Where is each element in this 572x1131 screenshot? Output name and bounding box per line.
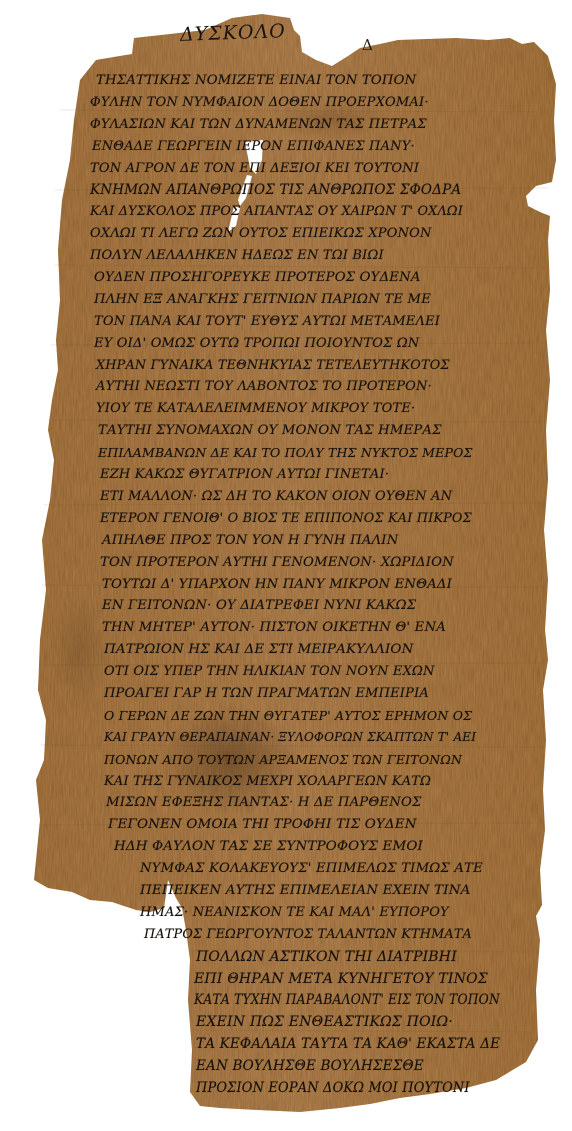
text-line: ΕΥ ΟΙΔ' ΟΜΩΣ ΟΥΤΩ ΤΡΟΠΩΙ ΠΟΙΟΥΝΤΟΣ ΩΝ [94,336,419,351]
text-line: ΥΙΟΥ ΤΕ ΚΑΤΑΛΕΛΕΙΜΜΕΝΟΥ ΜΙΚΡΟΥ ΤΟΤΕ· [96,401,415,416]
text-line: ΟΤΙ ΟΙΣ ΥΠΕΡ ΤΗΝ ΗΛΙΚΙΑΝ ΤΟΝ ΝΟΥΝ ΕΧΩΝ [104,664,435,679]
text-line: ΠΟΝΩΝ ΑΠΟ ΤΟΥΤΩΝ ΑΡΞΑΜΕΝΟΣ ΤΩΝ ΓΕΙΤΟΝΩΝ [104,752,462,767]
text-line: ΕΝΘΑΔΕ ΓΕΩΡΓΕΙΝ ΙΕΡΟΝ ΕΠΙΦΑΝΕΣ ΠΑΝΥ· [92,139,415,154]
papyrus-fragment: ΔΥΣΚΟΛΟ Δ ΤΗΣΑΤΤΙΚΗΣ ΝΟΜΙΖΕΤΕ ΕΙΝΑΙ ΤΟΝ … [0,0,572,1131]
text-line: ΚΑΙ ΔΥΣΚΟΛΟΣ ΠΡΟΣ ΑΠΑΝΤΑΣ ΟΥ ΧΑΙΡΩΝ Τ' Ο… [90,204,463,219]
text-line: ΧΗΡΑΝ ΓΥΝΑΙΚΑ ΤΕΘΝΗΚΥΙΑΣ ΤΕΤΕΛΕΥΤΗΚΟΤΟΣ [96,358,450,373]
text-line: ΝΥΜΦΑΣ ΚΟΛΑΚΕΥΟΥΣ' ΕΠΙΜΕΛΩΣ ΤΙΜΩΣ ΑΤΕ [140,861,483,876]
text-line: ΤΟΥΤΩΙ Δ' ΥΠΑΡΧΟΝ ΗΝ ΠΑΝΥ ΜΙΚΡΟΝ ΕΝΘΑΔΙ [102,577,452,592]
text-line: ΦΥΛΑΣΙΩΝ ΚΑΙ ΤΩΝ ΔΥΝΑΜΕΝΩΝ ΤΑΣ ΠΕΤΡΑΣ [90,117,427,132]
text-line: ΗΜΑΣ· ΝΕΑΝΙΣΚΟΝ ΤΕ ΚΑΙ ΜΑΛ' ΕΥΠΟΡΟΥ [140,905,449,920]
text-line: ΟΥΔΕΝ ΠΡΟΣΗΓΟΡΕΥΚΕ ΠΡΟΤΕΡΟΣ ΟΥΔΕΝΑ [94,270,421,285]
text-line: ΠΕΠΕΙΚΕΝ ΑΥΤΗΣ ΕΠΙΜΕΛΕΙΑΝ ΕΧΕΙΝ ΤΙΝΑ [140,883,471,898]
text-line: ΕΤΙ ΜΑΛΛΟΝ· ΩΣ ΔΗ ΤΟ ΚΑΚΟΝ ΟΙΟΝ ΟΥΘΕΝ ΑΝ [100,489,452,504]
text-line: ΤΟΝ ΑΓΡΟΝ ΔΕ ΤΟΝ ΕΠΙ ΔΕΞΙΟΙ ΚΕΙ ΤΟΥΤΟΝΙ [90,161,419,176]
text-line: ΚΝΗΜΩΝ ΑΠΑΝΘΡΩΠΟΣ ΤΙΣ ΑΝΘΡΩΠΟΣ ΣΦΟΔΡΑ [90,182,461,198]
text-line: ΕΤΕΡΟΝ ΓΕΝΟΙΘ' Ο ΒΙΟΣ ΤΕ ΕΠΙΠΟΝΟΣ ΚΑΙ ΠΙ… [100,511,472,526]
text-line: ΚΑΤΑ ΤΥΧΗΝ ΠΑΡΑΒΑΛΟΝΤ' ΕΙΣ ΤΟΝ ΤΟΠΟΝ [194,992,500,1008]
text-line: ΜΙΣΩΝ ΕΦΕΞΗΣ ΠΑΝΤΑΣ· Η ΔΕ ΠΑΡΘΕΝΟΣ [106,795,422,810]
text-line: ΤΟΝ ΠΑΝΑ ΚΑΙ ΤΟΥΤ' ΕΥΘΥΣ ΑΥΤΩΙ ΜΕΤΑΜΕΛΕΙ [94,314,440,329]
text-column: ΤΗΣΑΤΤΙΚΗΣ ΝΟΜΙΖΕΤΕ ΕΙΝΑΙ ΤΟΝ ΤΟΠΟΝ ΦΥΛΗ… [0,0,572,1131]
text-line: ΕΖΗ ΚΑΚΩΣ ΘΥΓΑΤΡΙΟΝ ΑΥΤΩΙ ΓΙΝΕΤΑΙ· [100,467,389,482]
text-line: ΠΟΛΥΝ ΛΕΛΑΛΗΚΕΝ ΗΔΕΩΣ ΕΝ ΤΩΙ ΒΙΩΙ [90,248,384,263]
text-line: ΠΡΟΑΓΕΙ ΓΑΡ Η ΤΩΝ ΠΡΑΓΜΑΤΩΝ ΕΜΠΕΙΡΙΑ [104,686,429,701]
text-line: ΤΗΝ ΜΗΤΕΡ' ΑΥΤΟΝ· ΠΙΣΤΟΝ ΟΙΚΕΤΗΝ Θ' ΕΝΑ [102,620,446,635]
text-line: ΤΟΝ ΠΡΟΤΕΡΟΝ ΑΥΤΗΙ ΓΕΝΟΜΕΝΟΝ· ΧΩΡΙΔΙΟΝ [100,555,454,570]
text-line: ΠΑΤΡΩΙΟΝ ΗΣ ΚΑΙ ΔΕ ΣΤΙ ΜΕΙΡΑΚΥΛΛΙΟΝ [104,642,414,657]
text-line: ΑΠΗΛΘΕ ΠΡΟΣ ΤΟΝ ΥΟΝ Η ΓΥΝΗ ΠΑΛΙΝ [102,533,398,548]
text-line: ΤΑ ΚΕΦΑΛΑΙΑ ΤΑΥΤΑ ΤΑ ΚΑΘ' ΕΚΑΣΤΑ ΔΕ [196,1036,500,1052]
text-line: ΤΑΥΤΗΙ ΣΥΝΟΜΑΧΩΝ ΟΥ ΜΟΝΟΝ ΤΑΣ ΗΜΕΡΑΣ [98,423,442,438]
text-line: ΠΑΤΡΟΣ ΓΕΩΡΓΟΥΝΤΟΣ ΤΑΛΑΝΤΩΝ ΚΤΗΜΑΤΑ [144,927,472,942]
text-line: ΗΔΗ ΦΑΥΛΟΝ ΤΑΣ ΣΕ ΣΥΝΤΡΟΦΟΥΣ ΕΜΟΙ [114,839,423,854]
text-line: ΚΑΙ ΓΡΑΥΝ ΘΕΡΑΠΑΙΝΑΝ· ΞΥΛΟΦΟΡΩΝ ΣΚΑΠΤΩΝ … [104,730,476,744]
text-line: Ο ΓΕΡΩΝ ΔΕ ΖΩΝ ΤΗΝ ΘΥΓΑΤΕΡ' ΑΥΤΟΣ ΕΡΗΜΟΝ… [104,708,472,723]
text-line: ΕΧΕΙΝ ΠΩΣ ΕΝΘΕΑΣΤΙΚΩΣ ΠΟΙΩ· [196,1014,453,1030]
text-line: ΚΑΙ ΤΗΣ ΓΥΝΑΙΚΟΣ ΜΕΧΡΙ ΧΟΛΑΡΓΕΩΝ ΚΑΤΩ [104,774,431,789]
text-line: ΦΥΛΗΝ ΤΟΝ ΝΥΜΦΑΙΟΝ ΔΟΘΕΝ ΠΡΟΕΡΧΟΜΑΙ· [90,95,429,110]
text-line: ΑΥΤΗΙ ΝΕΩΣΤΙ ΤΟΥ ΛΑΒΟΝΤΟΣ ΤΟ ΠΡΟΤΕΡΟΝ· [96,379,432,394]
text-line: ΠΛΗΝ ΕΞ ΑΝΑΓΚΗΣ ΓΕΙΤΝΙΩΝ ΠΑΡΙΩΝ ΤΕ ΜΕ [94,292,431,307]
text-line: ΟΧΛΩΙ ΤΙ ΛΕΓΩ ΖΩΝ ΟΥΤΟΣ ΕΠΙΕΙΚΩΣ ΧΡΟΝΟΝ [90,226,432,241]
text-line: ΕΑΝ ΒΟΥΛΗΣΘΕ ΒΟΥΛΗΣΕΣΘΕ [196,1058,424,1074]
text-line: ΓΕΓΟΝΕΝ ΟΜΟΙΑ ΤΗΙ ΤΡΟΦΗΙ ΤΙΣ ΟΥΔΕΝ [108,817,417,832]
text-line: ΠΡΟΣΙΟΝ ΕΟΡΑΝ ΔΟΚΩ ΜΟΙ ΠΟΥΤΟΝΙ [196,1080,470,1096]
text-line: ΕΝ ΓΕΙΤΟΝΩΝ· ΟΥ ΔΙΑΤΡΕΦΕΙ ΝΥΝΙ ΚΑΚΩΣ [102,598,416,613]
text-line: ΤΗΣΑΤΤΙΚΗΣ ΝΟΜΙΖΕΤΕ ΕΙΝΑΙ ΤΟΝ ΤΟΠΟΝ [96,73,416,88]
text-line: ΕΠΙ ΘΗΡΑΝ ΜΕΤΑ ΚΥΝΗΓΕΤΟΥ ΤΙΝΟΣ [194,971,488,987]
text-line: ΠΟΛΛΩΝ ΑΣΤΙΚΟΝ ΤΗΙ ΔΙΑΤΡΙΒΗΙ [196,949,457,965]
text-line: ΕΠΙΛΑΜΒΑΝΩΝ ΔΕ ΚΑΙ ΤΟ ΠΟΛΥ ΤΗΣ ΝΥΚΤΟΣ ΜΕ… [98,445,473,460]
